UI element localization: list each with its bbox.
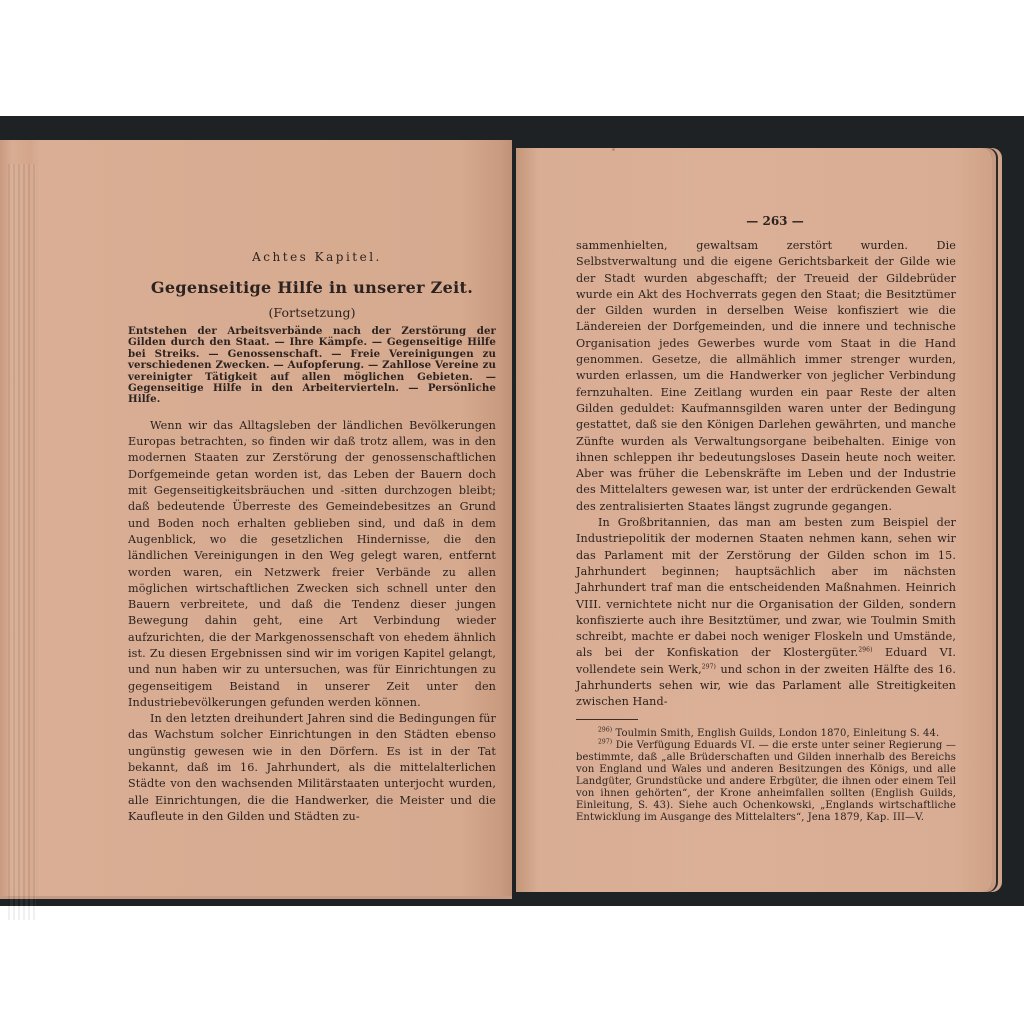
right-page-text: sammenhielten, gewaltsam zerstört wurden… — [576, 238, 956, 824]
footnote-marker: 296) — [598, 726, 612, 733]
paragraph: In den letzten dreihundert Jahren sind d… — [128, 711, 496, 825]
paragraph-text: In Großbritannien, das man am besten zum… — [576, 516, 956, 659]
footnote-text: Toulmin Smith, English Guilds, London 18… — [615, 728, 939, 739]
left-page-text: Achtes Kapitel. Gegenseitige Hilfe in un… — [128, 250, 496, 825]
page-edges — [8, 164, 36, 920]
footnote: 296) Toulmin Smith, English Guilds, Lond… — [576, 728, 956, 740]
footnote-marker: 297) — [598, 738, 612, 745]
paragraph: sammenhielten, gewaltsam zerstört wurden… — [576, 238, 956, 515]
footnote: 297) Die Verfügung Eduards VI. — die ers… — [576, 740, 956, 824]
paragraph: In Großbritannien, das man am besten zum… — [576, 515, 956, 711]
footnote-ref: 296) — [858, 647, 872, 654]
chapter-continued: (Fortsetzung) — [128, 305, 496, 320]
footnote-ref: 297) — [702, 663, 716, 670]
paragraph: Wenn wir das Alltagsleben der ländlichen… — [128, 418, 496, 711]
page-number: — 263 — — [720, 214, 830, 228]
chapter-title: Gegenseitige Hilfe in unserer Zeit. — [128, 278, 496, 297]
chapter-summary: Entstehen der Arbeitsverbände nach der Z… — [128, 326, 496, 406]
footnote-divider — [576, 719, 638, 720]
chapter-label: Achtes Kapitel. — [138, 250, 496, 264]
footnote-text: Die Verfügung Eduards VI. — die erste un… — [576, 740, 956, 823]
